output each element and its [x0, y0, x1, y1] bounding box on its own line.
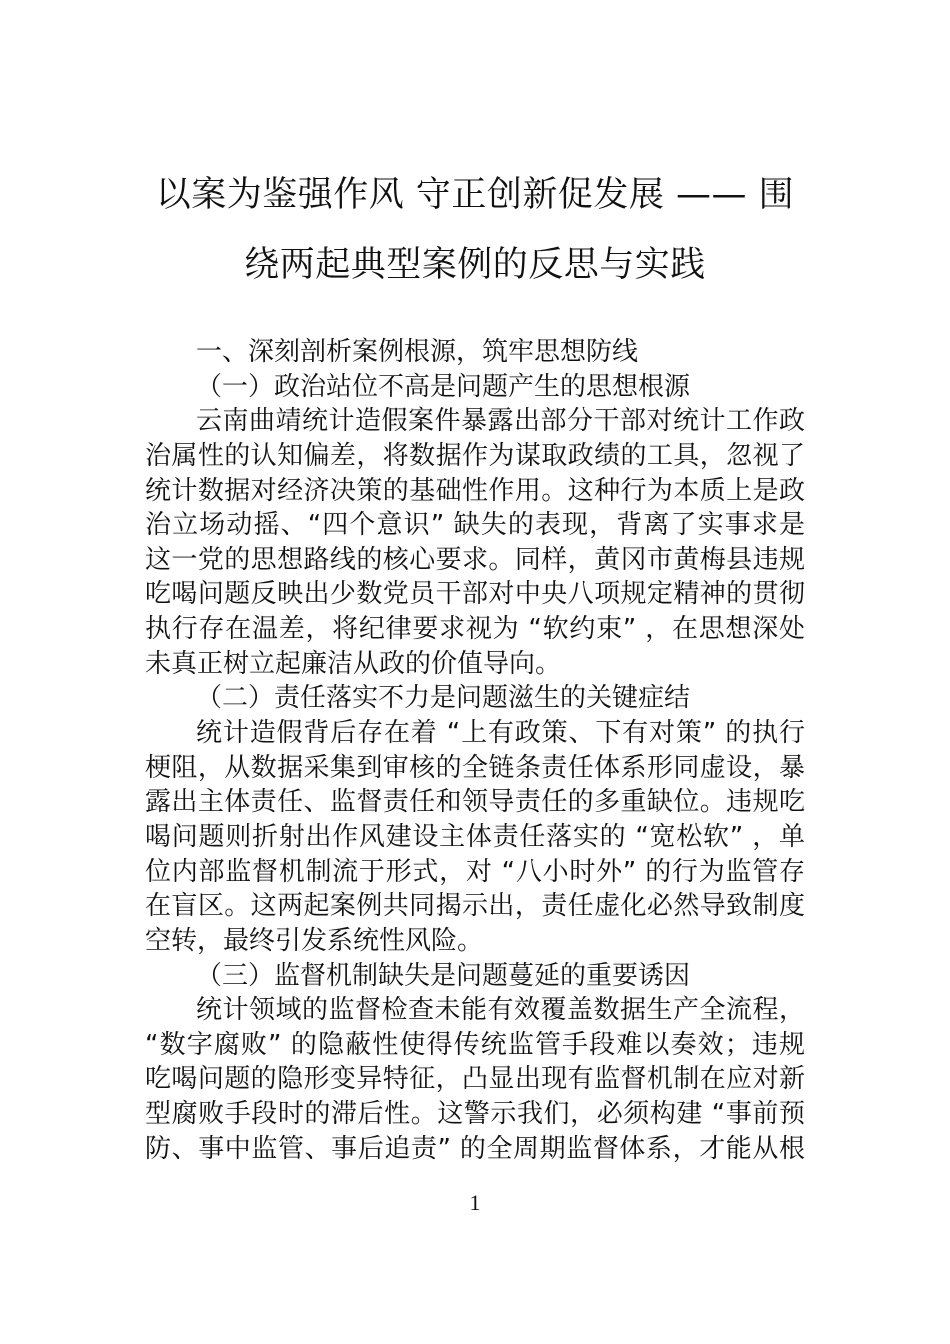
paragraph-line: 治立场动摇、“四个意识” 缺失的表现，背离了实事求是	[145, 508, 805, 543]
title-line-1: 以案为鉴强作风 守正创新促发展 —— 围	[0, 160, 950, 230]
subsection-heading: （三）监督机制缺失是问题蔓延的重要诱因	[145, 959, 805, 994]
paragraph-line: 统计数据对经济决策的基础性作用。这种行为本质上是政	[145, 474, 805, 509]
page-number: 1	[0, 1188, 950, 1218]
paragraph-line: 空转，最终引发系统性风险。	[145, 924, 805, 959]
document-body: 一、深刻剖析案例根源，筑牢思想防线 （一）政治站位不高是问题产生的思想根源 云南…	[145, 335, 805, 1166]
paragraph-line: 位内部监督机制流于形式，对 “八小时外” 的行为监管存	[145, 855, 805, 890]
subsection-heading: （一）政治站位不高是问题产生的思想根源	[145, 370, 805, 405]
paragraph-line: 防、事中监管、事后追责” 的全周期监督体系，才能从根	[145, 1132, 805, 1167]
title-line-2: 绕两起典型案例的反思与实践	[0, 230, 950, 300]
paragraph-line: 治属性的认知偏差，将数据作为谋取政绩的工具，忽视了	[145, 439, 805, 474]
paragraph-line: 云南曲靖统计造假案件暴露出部分干部对统计工作政	[145, 404, 805, 439]
subsection-heading: （二）责任落实不力是问题滋生的关键症结	[145, 681, 805, 716]
document-title: 以案为鉴强作风 守正创新促发展 —— 围 绕两起典型案例的反思与实践	[0, 160, 950, 300]
paragraph-line: 在盲区。这两起案例共同揭示出，责任虚化必然导致制度	[145, 889, 805, 924]
paragraph-line: 未真正树立起廉洁从政的价值导向。	[145, 647, 805, 682]
paragraph-line: 吃喝问题反映出少数党员干部对中央八项规定精神的贯彻	[145, 577, 805, 612]
paragraph-line: 吃喝问题的隐形变异特征，凸显出现有监督机制在应对新	[145, 1062, 805, 1097]
paragraph-line: 执行存在温差，将纪律要求视为 “软约束” ，在思想深处	[145, 612, 805, 647]
paragraph-line: 喝问题则折射出作风建设主体责任落实的 “宽松软” ，单	[145, 820, 805, 855]
paragraph-line: 统计领域的监督检查未能有效覆盖数据生产全流程，	[145, 993, 805, 1028]
section-heading: 一、深刻剖析案例根源，筑牢思想防线	[145, 335, 805, 370]
paragraph-line: 这一党的思想路线的核心要求。同样，黄冈市黄梅县违规	[145, 543, 805, 578]
paragraph-line: 梗阻，从数据采集到审核的全链条责任体系形同虚设，暴	[145, 751, 805, 786]
document-page: 以案为鉴强作风 守正创新促发展 —— 围 绕两起典型案例的反思与实践 一、深刻剖…	[0, 0, 950, 1344]
paragraph-line: 型腐败手段时的滞后性。这警示我们，必须构建 “事前预	[145, 1097, 805, 1132]
paragraph-line: “数字腐败” 的隐蔽性使得传统监管手段难以奏效；违规	[145, 1028, 805, 1063]
paragraph-line: 露出主体责任、监督责任和领导责任的多重缺位。违规吃	[145, 785, 805, 820]
paragraph-line: 统计造假背后存在着 “上有政策、下有对策” 的执行	[145, 716, 805, 751]
